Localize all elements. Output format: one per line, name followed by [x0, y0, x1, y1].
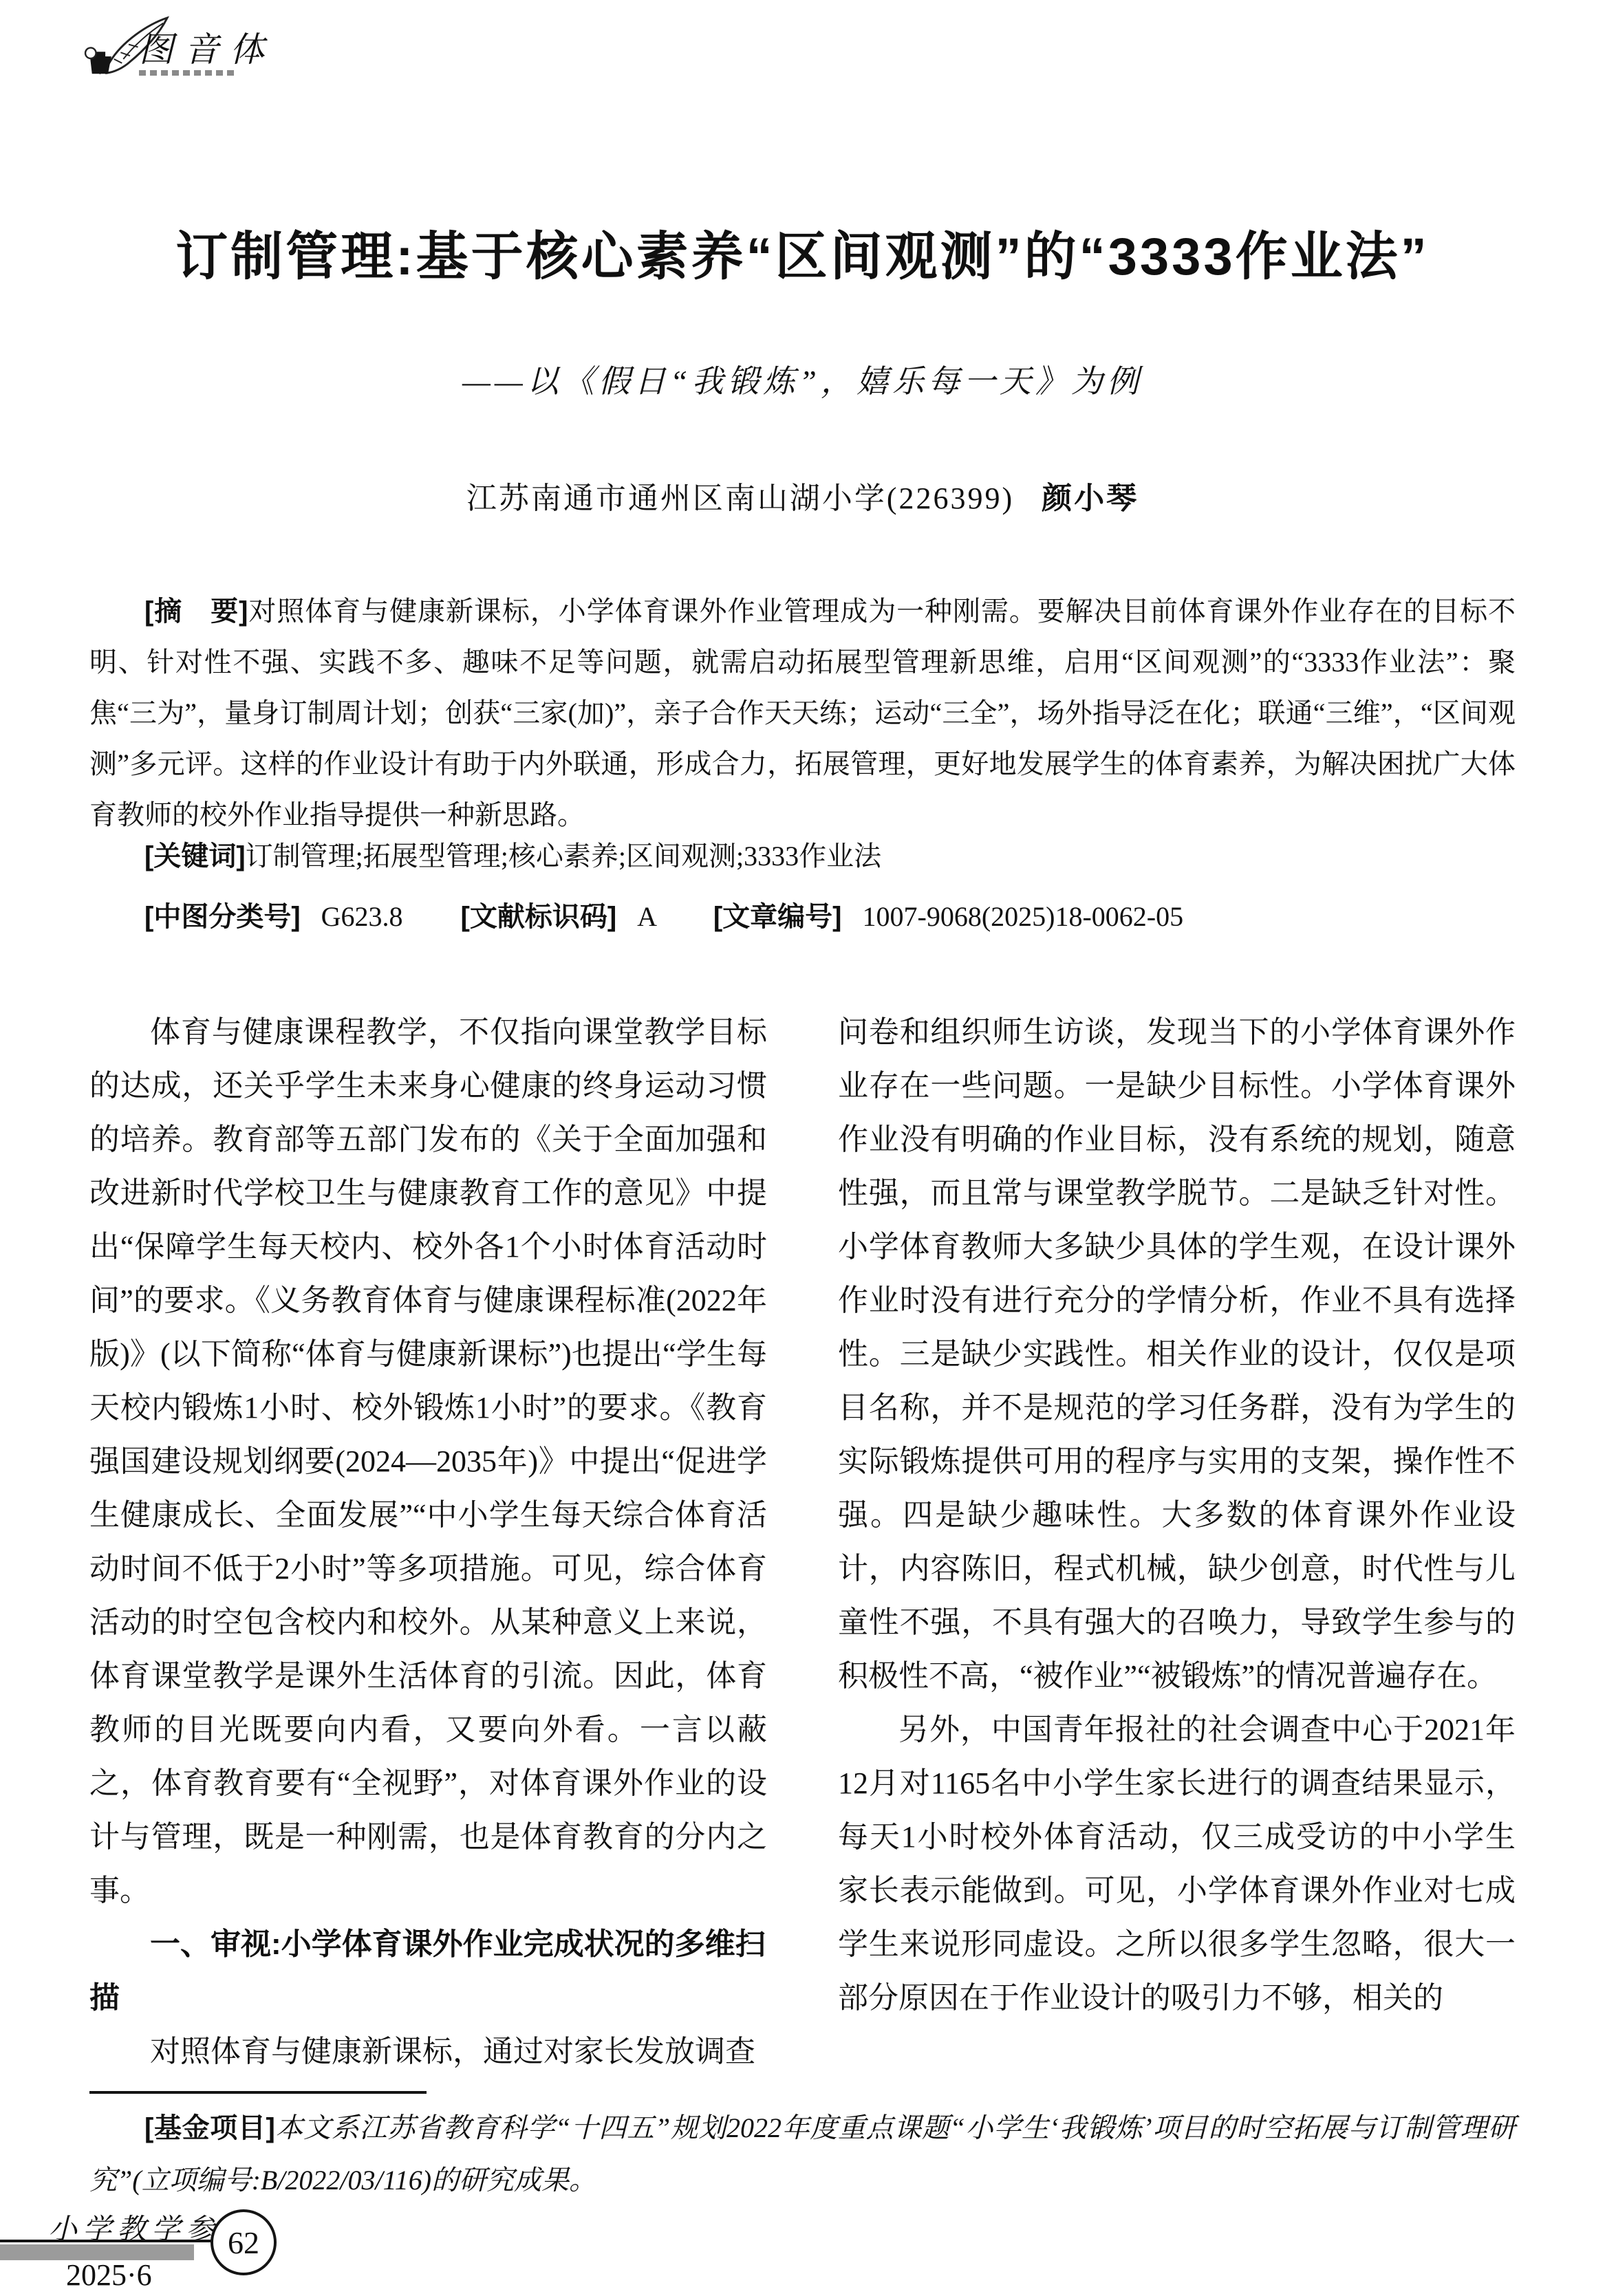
abstract-text: 对照体育与健康新课标，小学体育课外作业管理成为一种刚需。要解决目前体育课外作业存… [89, 596, 1516, 830]
body-paragraph: 另外，中国青年报社的社会调查中心于2021年12月对1165名中小学生家长进行的… [838, 1703, 1516, 2025]
abstract-label: [摘 要] [144, 596, 248, 627]
journal-page: 图音体 订制管理:基于核心素养“区间观测”的“3333作业法” ——以《假日“我… [0, 0, 1605, 2296]
fund-project-label: [基金项目] [144, 2113, 275, 2143]
footer-rule [0, 2240, 217, 2242]
fund-project-text: 本文系江苏省教育科学“十四五”规划2022年度重点课题“小学生‘我锻炼’项目的时… [89, 2112, 1516, 2196]
article-subtitle: ——以《假日“我锻炼”，嬉乐每一天》为例 [0, 356, 1605, 402]
footnote-separator-rule [89, 2091, 427, 2094]
body-paragraph: 体育与健康课程教学，不仅指向课堂教学目标的达成，还关乎学生未来身心健康的终身运动… [89, 1006, 767, 1918]
doc-code-label: [文献标识码] [461, 902, 617, 932]
article-id-value: 1007-9068(2025)18-0062-05 [863, 901, 1184, 932]
page-number: 62 [228, 2224, 259, 2261]
article-id-label: [文章编号] [713, 902, 842, 932]
section-header: 图音体 [77, 12, 366, 88]
keywords-text: 订制管理;拓展型管理;核心素养;区间观测;3333作业法 [246, 841, 881, 871]
footnote-paragraph: [基金项目]本文系江苏省教育科学“十四五”规划2022年度重点课题“小学生‘我锻… [89, 2102, 1516, 2207]
article-title: 订制管理:基于核心素养“区间观测”的“3333作业法” [0, 215, 1605, 290]
clc-group: [中图分类号]G623.8 [144, 901, 410, 932]
abstract-paragraph: [摘 要]对照体育与健康新课标，小学体育课外作业管理成为一种刚需。要解决目前体育… [89, 586, 1516, 841]
doc-code-group: [文献标识码]A [461, 901, 663, 932]
journal-issue: 2025·6 [66, 2257, 152, 2293]
author-line: 江苏南通市通州区南山湖小学(226399)颜小琴 [0, 473, 1605, 517]
author-name: 颜小琴 [1042, 481, 1139, 515]
section-heading: 一、审视:小学体育课外作业完成状况的多维扫描 [89, 1918, 767, 2025]
author-affiliation: 江苏南通市通州区南山湖小学(226399) [466, 481, 1014, 515]
doc-code-value: A [637, 901, 656, 932]
page-number-badge: 62 [211, 2209, 277, 2275]
article-id-group: [文章编号]1007-9068(2025)18-0062-05 [713, 901, 1183, 932]
keywords-label: [关键词] [144, 841, 246, 871]
body-paragraph: 问卷和组织师生访谈，发现当下的小学体育课外作业存在一些问题。一是缺少目标性。小学… [838, 1006, 1516, 1703]
clc-label: [中图分类号] [144, 902, 301, 932]
body-column-left: 体育与健康课程教学，不仅指向课堂教学目标的达成，还关乎学生未来身心健康的终身运动… [89, 1006, 767, 2079]
body-column-right: 问卷和组织师生访谈，发现当下的小学体育课外作业存在一些问题。一是缺少目标性。小学… [838, 1006, 1516, 2025]
column-logo-text: 图音体 [139, 22, 275, 72]
clc-value: G623.8 [321, 901, 403, 932]
classification-line: [中图分类号]G623.8 [文献标识码]A [文章编号]1007-9068(2… [89, 893, 1516, 941]
body-paragraph: 对照体育与健康新课标，通过对家长发放调查 [89, 2025, 767, 2079]
keywords-line: [关键词]订制管理;拓展型管理;核心素养;区间观测;3333作业法 [89, 832, 1516, 880]
logo-dashed-underline [139, 70, 237, 76]
